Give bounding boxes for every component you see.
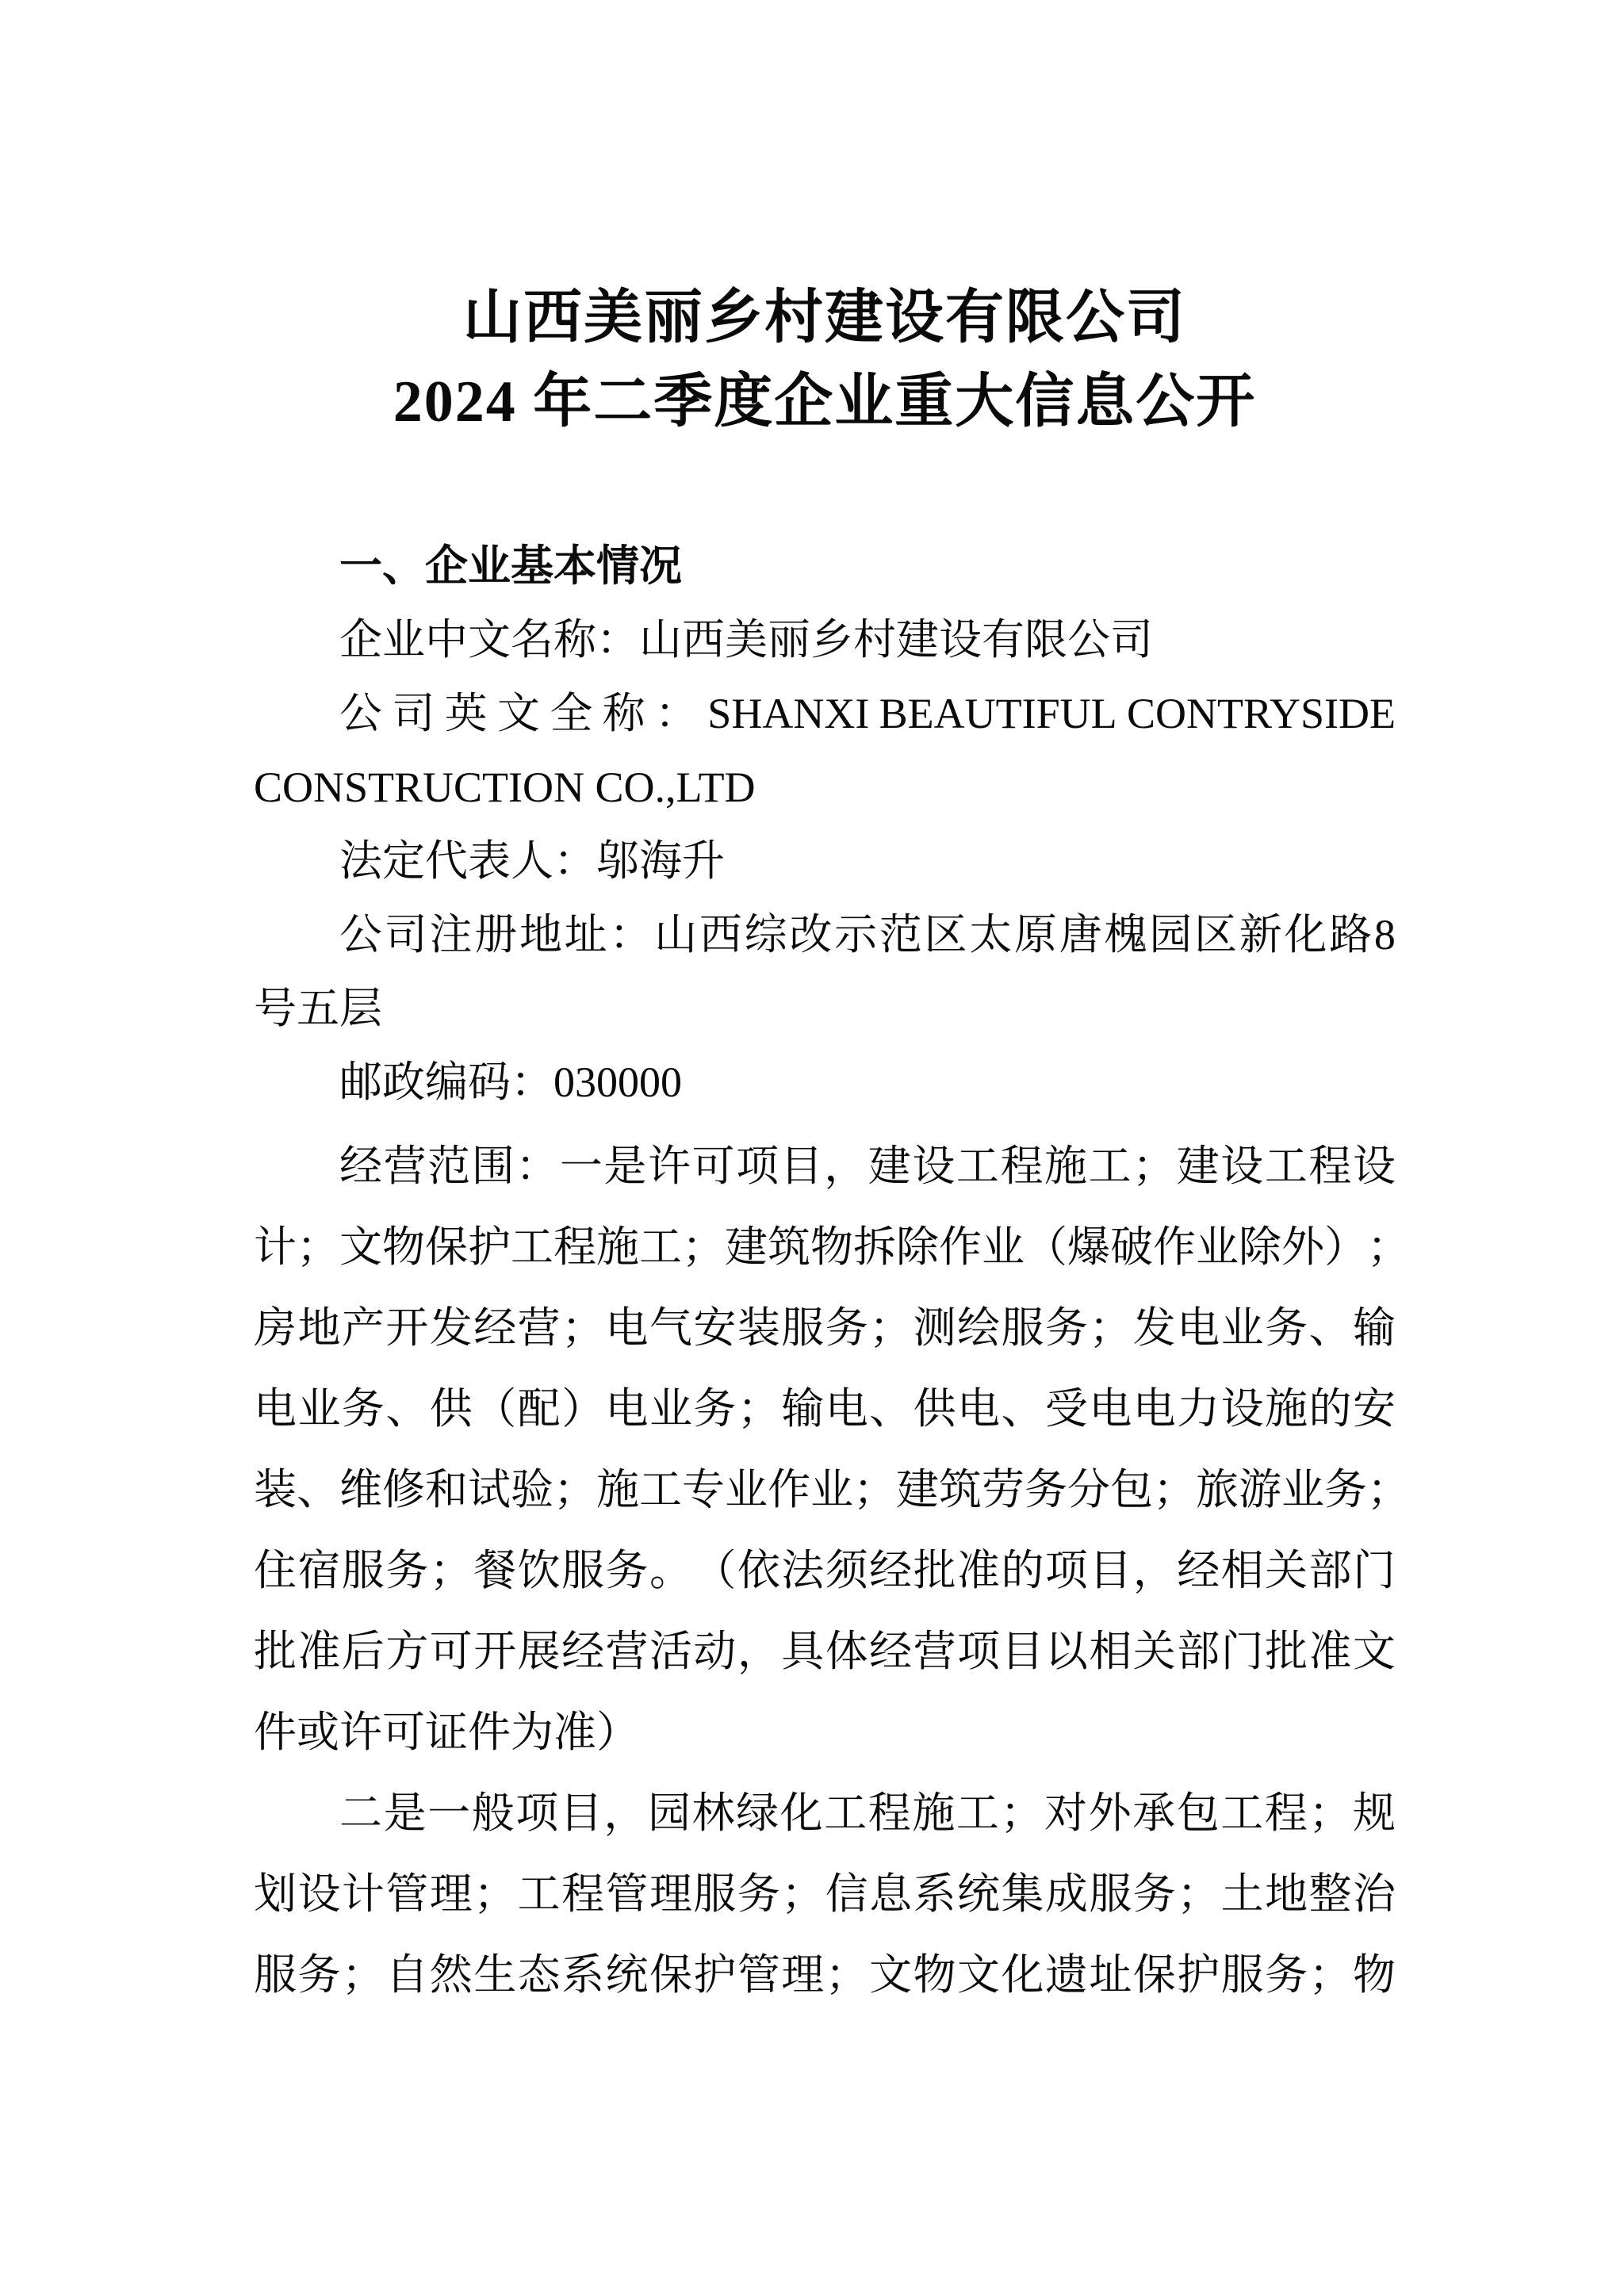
body-line-scope-6: 住宿服务；餐饮服务。（依法须经批准的项目，经相关部门 — [254, 1530, 1396, 1611]
section-basic-info: 企业中文名称：山西美丽乡村建设有限公司 公司英文全称：SHANXIBEAUTIF… — [254, 603, 1396, 1119]
body-line-scope-7: 批准后方可开展经营活动，具体经营项目以相关部门批准文 — [254, 1611, 1396, 1692]
body-line-general-3: 服务；自然生态系统保护管理；文物文化遗址保护服务；物 — [254, 1934, 1396, 2015]
body-line-company-en-name: 公司英文全称：SHANXIBEAUTIFULCONTRYSIDE — [254, 677, 1396, 751]
body-line-scope-8: 件或许可证件为准） — [254, 1692, 1396, 1773]
body-line-scope-3: 房地产开发经营；电气安装服务；测绘服务；发电业务、输 — [254, 1288, 1396, 1368]
body-line-scope-2: 计；文物保护工程施工；建筑物拆除作业（爆破作业除外）； — [254, 1207, 1396, 1288]
body-line-company-en-name-cont: CONSTRUCTION CO.,LTD — [254, 751, 1396, 825]
body-line-postal-code: 邮政编码：030000 — [254, 1046, 1396, 1119]
body-line-registered-address-cont: 号五层 — [254, 972, 1396, 1046]
body-line-scope-1: 经营范围：一是许可项目，建设工程施工；建设工程设 — [254, 1126, 1396, 1207]
body-line-company-cn-name: 企业中文名称：山西美丽乡村建设有限公司 — [254, 603, 1396, 677]
title-line-2: 2024 年二季度企业重大信息公开 — [254, 360, 1396, 444]
section-business-scope: 经营范围：一是许可项目，建设工程施工；建设工程设 计；文物保护工程施工；建筑物拆… — [254, 1126, 1396, 2015]
title-line-1: 山西美丽乡村建设有限公司 — [254, 276, 1396, 360]
document-page: 山西美丽乡村建设有限公司 2024 年二季度企业重大信息公开 一、企业基本情况 … — [0, 0, 1624, 2296]
body-line-scope-4: 电业务、供（配）电业务；输电、供电、受电电力设施的安 — [254, 1368, 1396, 1449]
body-line-general-2: 划设计管理；工程管理服务；信息系统集成服务；土地整治 — [254, 1854, 1396, 1934]
body-line-scope-5: 装、维修和试验；施工专业作业；建筑劳务分包；旅游业务； — [254, 1449, 1396, 1530]
body-line-legal-representative: 法定代表人：邬海升 — [254, 825, 1396, 898]
document-title: 山西美丽乡村建设有限公司 2024 年二季度企业重大信息公开 — [254, 0, 1396, 444]
body-line-general-1: 二是一般项目，园林绿化工程施工；对外承包工程；规 — [254, 1773, 1396, 1854]
section-heading: 一、企业基本情况 — [254, 530, 1396, 603]
body-line-registered-address: 公司注册地址：山西综改示范区太原唐槐园区新化路8 — [254, 898, 1396, 972]
